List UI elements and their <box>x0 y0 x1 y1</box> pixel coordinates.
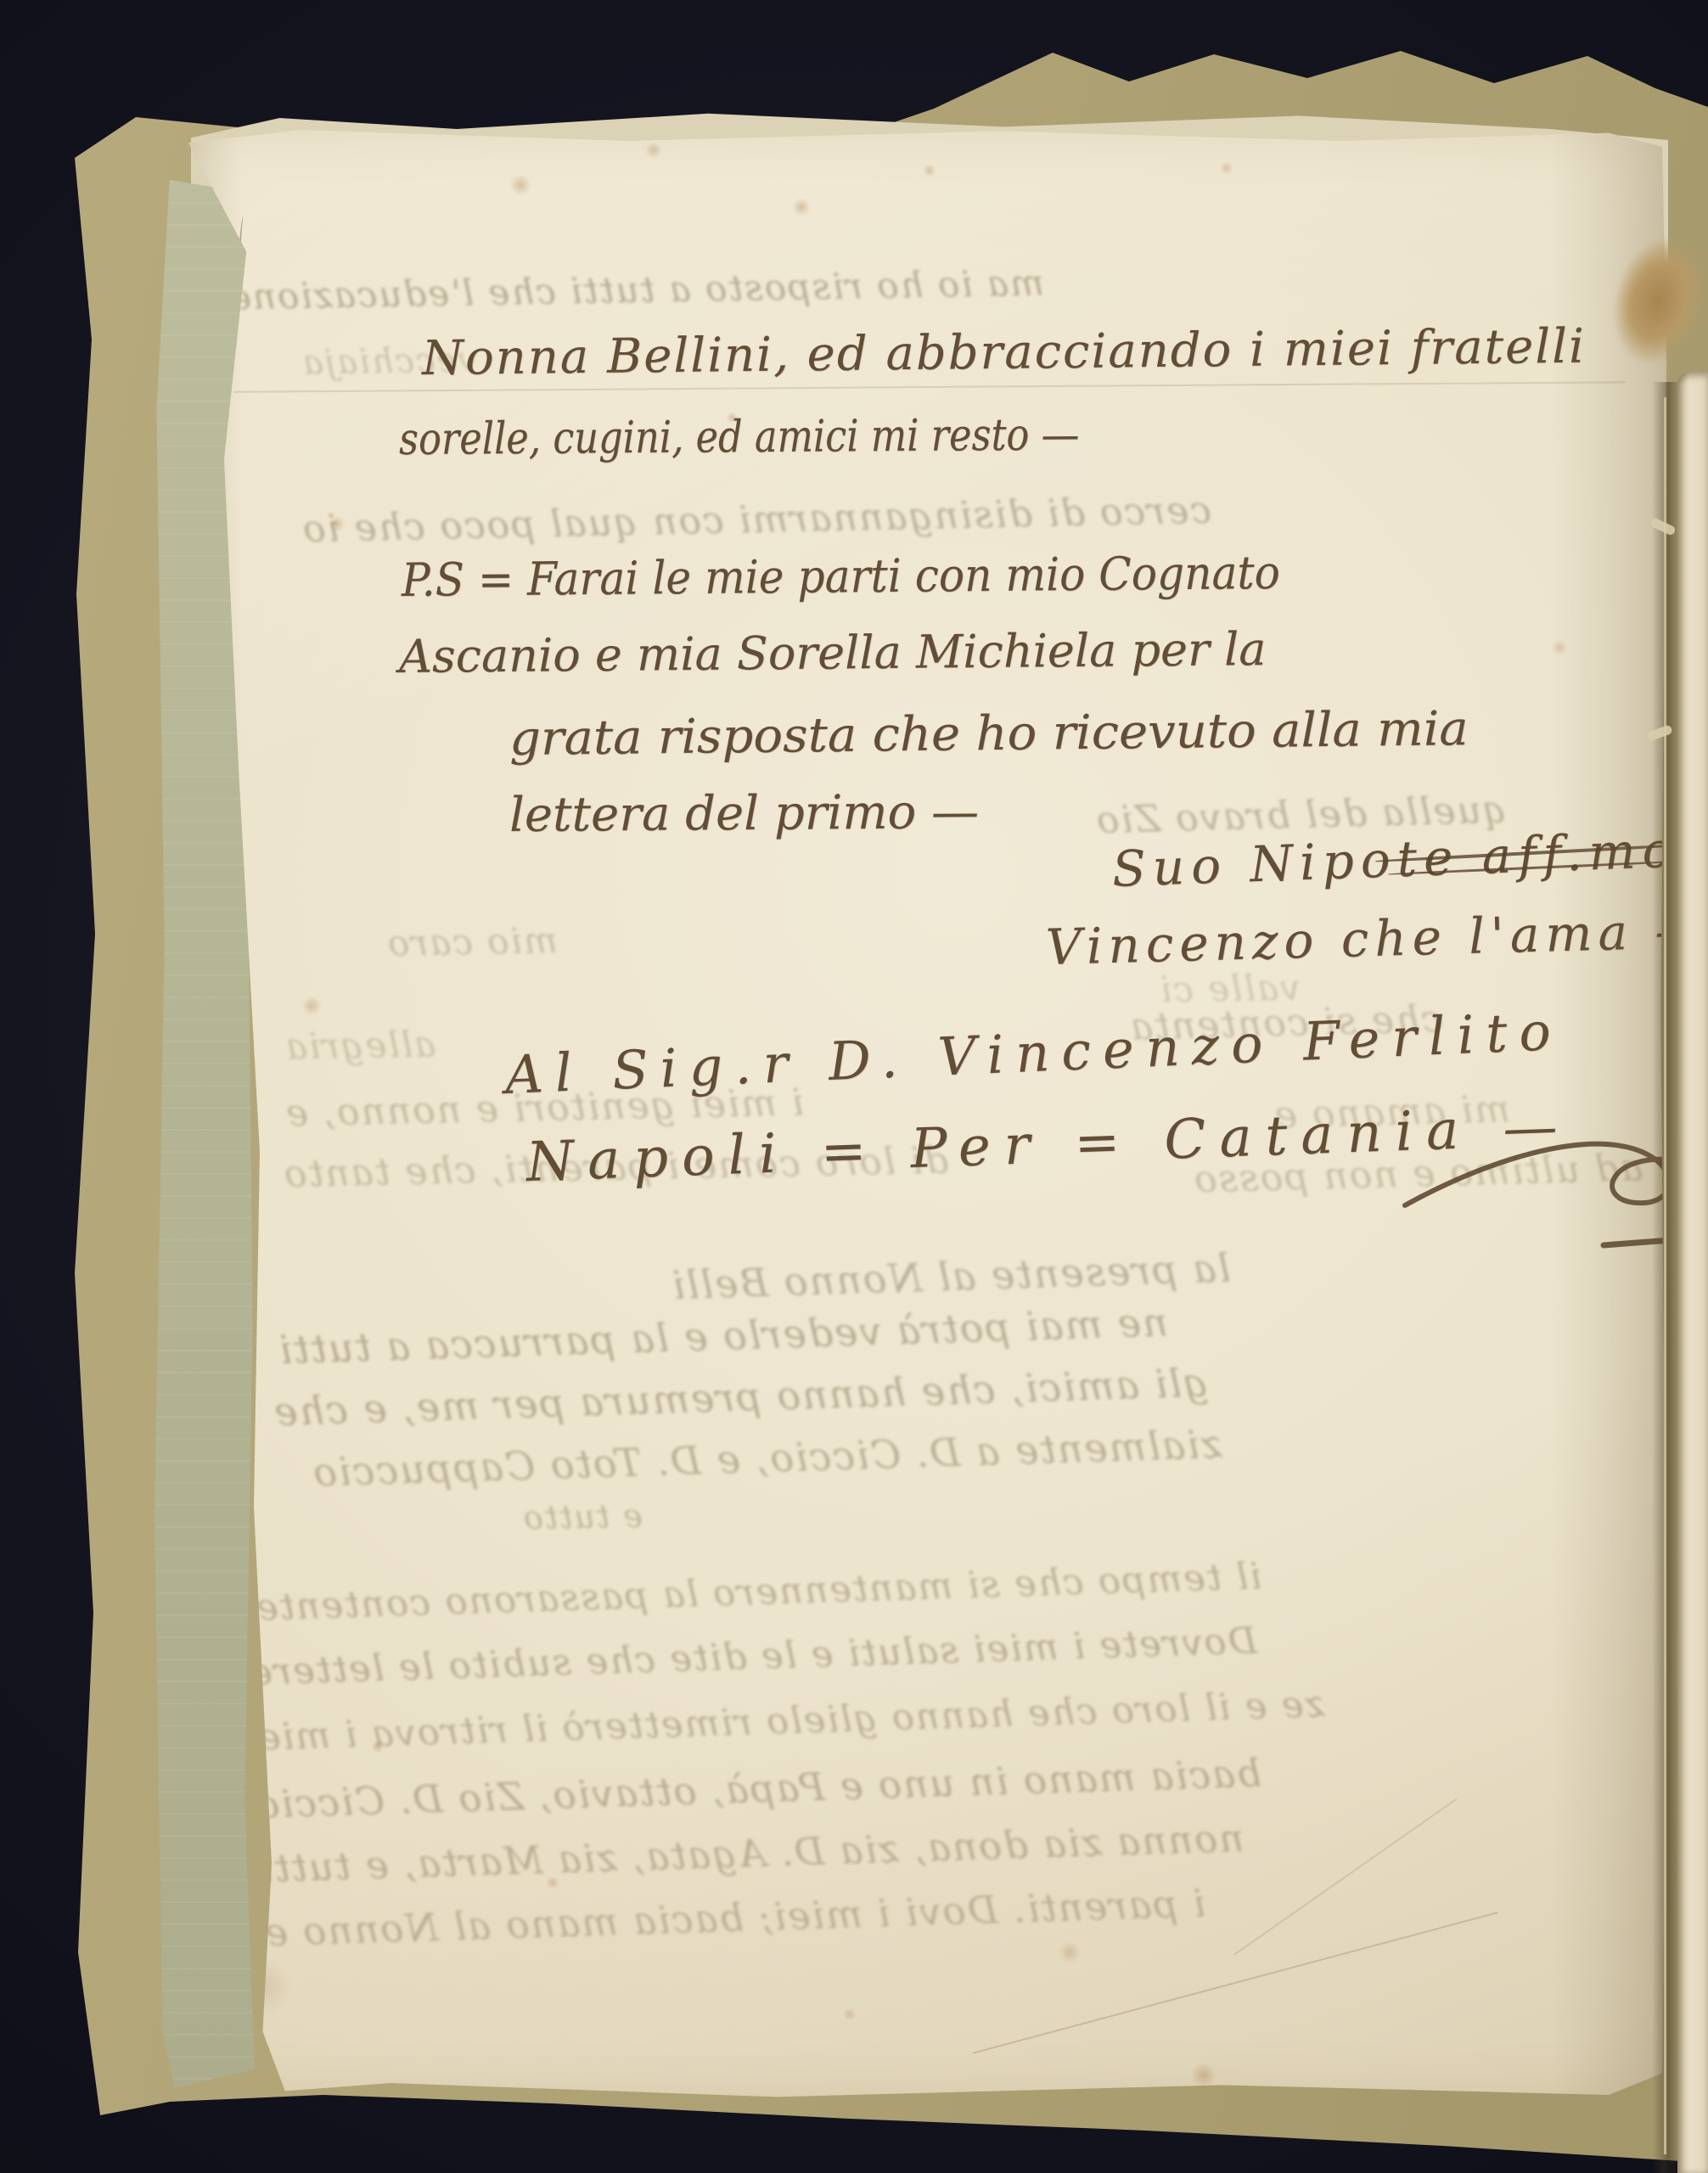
foxing-spot <box>1551 639 1568 656</box>
foxing-spot <box>645 142 662 159</box>
adjacent-page-edge <box>1677 372 1708 2173</box>
bleedthrough-line: ne mai potrà vederlo e la parrucca a tut… <box>277 1300 1168 1373</box>
thread-knot <box>1649 517 1677 536</box>
bleedthrough-line: allegria <box>284 1023 436 1067</box>
paper-crease <box>973 1912 1498 2054</box>
bleedthrough-line: ma io ho risposto a tutti che l'educazio… <box>228 262 1045 318</box>
bleedthrough-line: gli amici, che hanno premura per me, e c… <box>272 1360 1209 1435</box>
bleedthrough-line: mio caro <box>386 919 559 964</box>
postscript-line-4: lettera del primo — <box>509 784 979 843</box>
bleedthrough-line: Dovrete i miei saluti e le dite che subi… <box>249 1620 1258 1693</box>
letter-page: ma io ho risposto a tutti che l'educazio… <box>183 123 1668 2101</box>
bleedthrough-line: cerco di disingannarmi con qual poco che… <box>301 489 1212 551</box>
bleedthrough-line: i parenti. Dovi i miei; bacia mano al No… <box>262 1881 1205 1956</box>
foxing-spot <box>509 174 531 196</box>
bleedthrough-line: il tempo che si mantennero la passarono … <box>255 1555 1262 1629</box>
foxing-spot <box>1220 161 1233 175</box>
foxing-spot <box>1059 1941 1081 1963</box>
binding-gutter <box>1652 382 1679 2173</box>
foxing-spot <box>923 164 936 177</box>
bleedthrough-line: nonna zia dona, zia D. Agata, zia Marta,… <box>258 1816 1244 1891</box>
bleedthrough-line: la presente al Nonno Belli <box>671 1245 1232 1309</box>
postscript-line-2: Ascanio e mia Sorella Michiela per la <box>399 622 1267 683</box>
bleedthrough-line: bacia mano in uno e Papà, ottavio, Zio D… <box>254 1750 1261 1827</box>
closing-line-2: sorelle, cugini, ed amici mi resto — <box>399 409 1080 465</box>
foxing-spot <box>843 2007 857 2021</box>
paper-crease <box>1233 1798 1457 1955</box>
foxing-spot <box>301 996 322 1016</box>
postscript-line-1: P.S = Farai le mie parti con mio Cognato <box>402 546 1280 607</box>
bleedthrough-line: e tutto <box>522 1497 643 1536</box>
signature-line-2: Vincenzo che l'ama — <box>1045 901 1708 976</box>
bleedthrough-line: zialmente a D. Ciccio, e D. Toto Cappucc… <box>311 1421 1222 1496</box>
scanned-letter-photograph: ma io ho risposto a tutti che l'educazio… <box>0 0 1708 2173</box>
foxing-spot <box>1191 2063 1216 2088</box>
foxing-spot <box>792 198 811 216</box>
bleedthrough-line: ze e il loro che hanno glielo rimetterò … <box>244 1683 1325 1760</box>
bleedthrough-line: valle ci <box>1159 967 1301 1011</box>
closing-line-1: Nonna Bellini, ed abbracciando i miei fr… <box>422 319 1587 386</box>
stitching-thread <box>1664 397 1666 2154</box>
postscript-line-3: grata risposta che ho ricevuto alla mia <box>509 701 1469 766</box>
